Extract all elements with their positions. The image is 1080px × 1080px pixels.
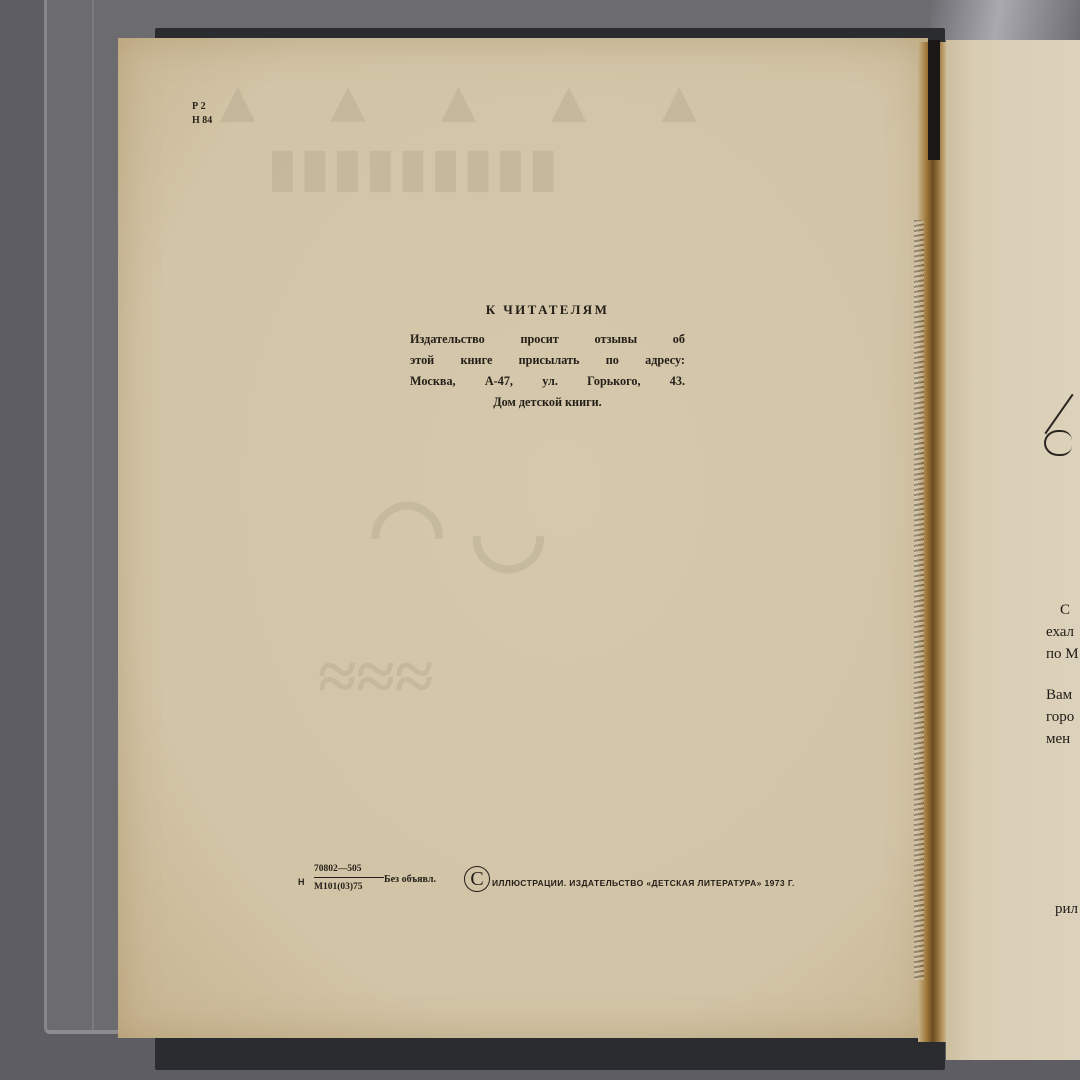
imprint-line: Н 70802—505 М101(03)75 Без объявл. C ИЛЛ…: [298, 864, 998, 900]
right-page-text: С: [1060, 598, 1070, 622]
gutter-shadow: [928, 40, 940, 160]
right-page-text: горо: [1046, 705, 1074, 729]
notice-line: Москва, А-47, ул. Горького, 43.: [410, 371, 685, 392]
imprint-letter: Н: [298, 877, 305, 887]
notice-line: этой книге присылать по адресу:: [410, 350, 685, 371]
show-through-print: ▲ ▲ ▲ ▲ ▲: [208, 68, 727, 137]
copyright-icon: C: [464, 866, 490, 892]
show-through-illustration: ≈≈≈: [318, 638, 433, 718]
notice-line: Дом детской книги.: [410, 392, 685, 413]
call-number-line1: Р 2: [192, 100, 212, 114]
right-page-text: Вам: [1046, 683, 1072, 707]
imprint-code: 70802—505 М101(03)75: [314, 864, 384, 892]
readers-notice: К ЧИТАТЕЛЯМ Издательство просит отзывы о…: [410, 302, 685, 413]
right-page-text: ехал: [1046, 620, 1074, 644]
notice-line: Издательство просит отзывы об: [410, 329, 685, 350]
right-page-text: рил: [1055, 897, 1078, 921]
imprint-denominator: М101(03)75: [314, 878, 384, 892]
call-number: Р 2 Н 84: [192, 100, 212, 128]
illustrations-credit: ИЛЛЮСТРАЦИИ. ИЗДАТЕЛЬСТВО «ДЕТСКАЯ ЛИТЕР…: [492, 878, 795, 888]
illustration-fragment: [1044, 430, 1072, 456]
call-number-line2: Н 84: [192, 114, 212, 128]
sleeve-glare: [930, 0, 1080, 40]
right-page-text: мен: [1046, 727, 1070, 751]
right-page-text: по М: [1046, 642, 1079, 666]
notice-title: К ЧИТАТЕЛЯМ: [410, 302, 685, 318]
no-advertisement: Без объявл.: [384, 874, 436, 885]
spine-stitching: [914, 220, 924, 980]
show-through-print: ▮▮▮▮▮▮▮▮▮: [268, 138, 562, 198]
imprint-numerator: 70802—505: [314, 864, 384, 878]
show-through-illustration: ◠ ◡: [368, 478, 548, 583]
